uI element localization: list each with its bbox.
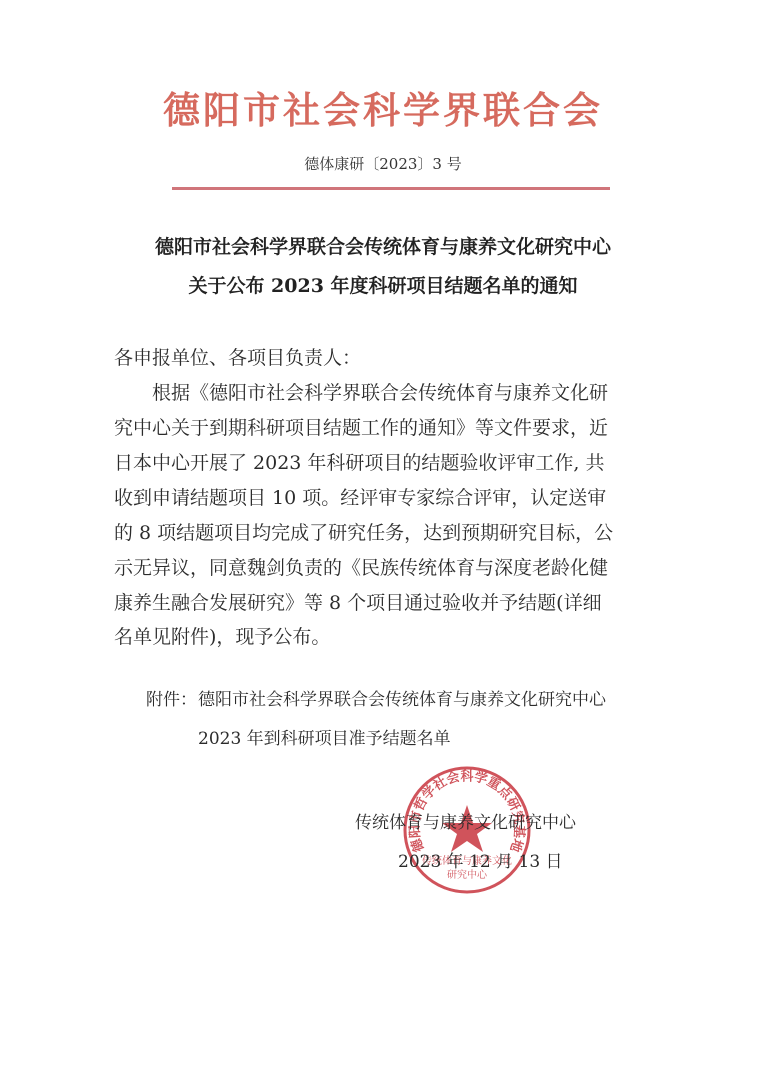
paragraph-line: 根据《德阳市社会科学界联合会传统体育与康养文化研 (114, 378, 608, 405)
paragraph-line: 究中心关于到期科研项目结题工作的通知》等文件要求，近 (114, 413, 608, 440)
salutation: 各申报单位、各项目负责人： (114, 343, 361, 370)
notice-title-line2: 关于公布 2023 年度科研项目结题名单的通知 (0, 271, 766, 298)
paragraph-line: 示无异议，同意魏剑负责的《民族传统体育与深度老龄化健 (114, 553, 608, 580)
attachment-label: 附件： (146, 685, 197, 710)
document-number: 德体康研〔2023〕3 号 (0, 153, 766, 174)
paragraph-line: 康养生融合发展研究》等 8 个项目通过验收并予结题(详细 (114, 588, 602, 615)
issuer-name: 传统体育与康养文化研究中心 (355, 808, 576, 833)
paragraph-line: 日本中心开展了 2023 年科研项目的结题验收评审工作, 共 (114, 448, 605, 475)
paragraph-line: 收到申请结题项目 10 项。经评审专家综合评审，认定送审 (114, 483, 606, 510)
attachment-line2: 2023 年到科研项目准予结题名单 (198, 724, 451, 749)
paragraph-line: 名单见附件)，现予公布。 (114, 622, 330, 649)
issue-date: 2023 年 12 月 13 日 (398, 847, 563, 872)
notice-title-line1: 德阳市社会科学界联合会传统体育与康养文化研究中心 (0, 232, 766, 259)
attachment-line1: 德阳市社会科学界联合会传统体育与康养文化研究中心 (198, 685, 606, 710)
header-divider (172, 187, 610, 190)
paragraph-line: 的 8 项结题项目均完成了研究任务，达到预期研究目标，公 (114, 518, 613, 545)
organization-masthead: 德阳市社会科学界联合会 (0, 80, 766, 134)
